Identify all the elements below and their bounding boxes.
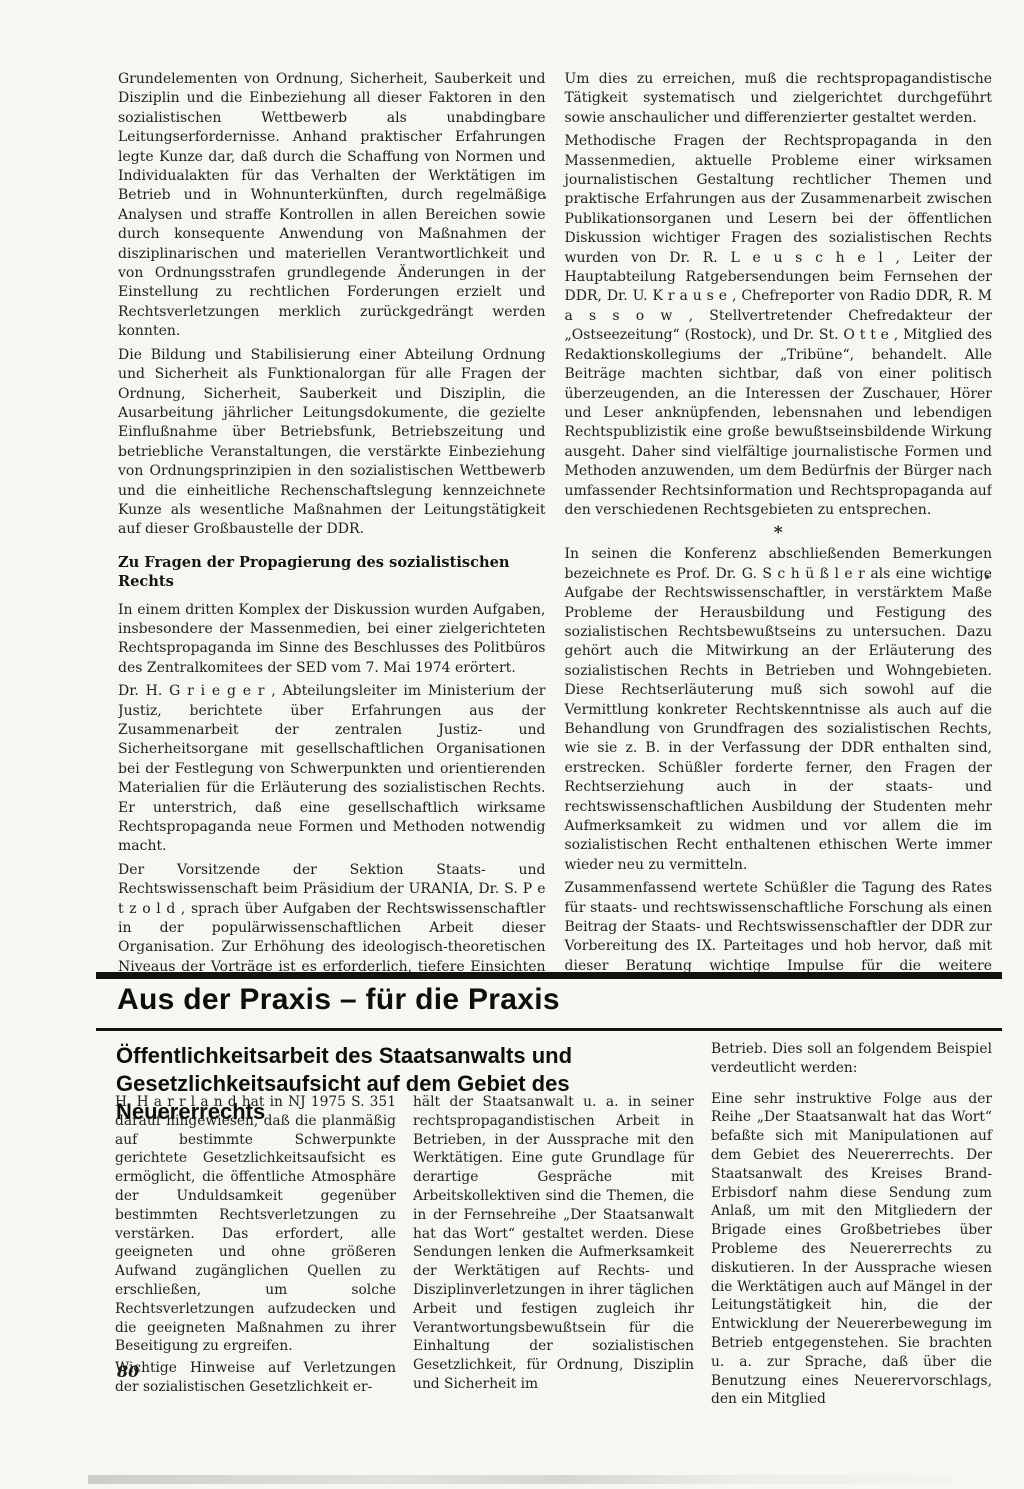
scan-speck xyxy=(985,575,989,579)
paragraph: Zusammenfassend wertete Schüßler die Tag… xyxy=(565,879,993,974)
bottom-column-1: H. H a r r l a n d hat in NJ 1975 S. 351… xyxy=(115,1040,396,1412)
thick-horizontal-rule xyxy=(96,972,1002,979)
journal-page: Grundelementen von Ordnung, Sicherheit, … xyxy=(0,0,1024,1489)
thin-horizontal-rule xyxy=(96,1028,1002,1031)
paragraph: Wichtige Hinweise auf Verletzungen der s… xyxy=(115,1359,396,1397)
scan-speck xyxy=(543,196,546,199)
bottom-column-3: Betrieb. Dies soll an folgendem Beispiel… xyxy=(711,1040,992,1412)
paragraph: Betrieb. Dies soll an folgendem Beispiel… xyxy=(711,1040,992,1078)
paragraph: Die Bildung und Stabilisierung einer Abt… xyxy=(118,346,546,540)
scan-smudge xyxy=(88,1475,952,1484)
top-right-column: Um dies zu erreichen, muß die rechtsprop… xyxy=(565,70,993,974)
top-two-column-section: Grundelementen von Ordnung, Sicherheit, … xyxy=(118,70,992,974)
praxis-banner-title: Aus der Praxis – für die Praxis xyxy=(117,983,560,1017)
paragraph: Dr. H. G r i e g e r , Abteilungsleiter … xyxy=(118,682,546,857)
paragraph: In einem dritten Komplex der Diskussion … xyxy=(118,601,546,679)
paragraph: H. H a r r l a n d hat in NJ 1975 S. 351… xyxy=(115,1093,396,1356)
paragraph: Grundelementen von Ordnung, Sicherheit, … xyxy=(118,70,546,342)
paragraph: Eine sehr instruktive Folge aus der Reih… xyxy=(711,1090,992,1410)
page-number: 80 xyxy=(117,1362,139,1381)
section-subheading: Zu Fragen der Propagierung des sozialist… xyxy=(118,553,546,592)
paragraph: In seinen die Konferenz abschließenden B… xyxy=(565,545,993,875)
paragraph: hält der Staatsanwalt u. a. in seiner re… xyxy=(413,1093,694,1394)
paragraph: Methodische Fragen der Rechtspropaganda … xyxy=(565,132,993,520)
asterisk-separator: * xyxy=(565,525,993,541)
paragraph: Der Vorsitzende der Sektion Staats- und … xyxy=(118,861,546,974)
bottom-three-column-section: H. H a r r l a n d hat in NJ 1975 S. 351… xyxy=(115,1040,992,1412)
paragraph: Um dies zu erreichen, muß die rechtsprop… xyxy=(565,70,993,128)
bottom-column-2: hält der Staatsanwalt u. a. in seiner re… xyxy=(413,1040,694,1412)
top-left-column: Grundelementen von Ordnung, Sicherheit, … xyxy=(118,70,546,974)
